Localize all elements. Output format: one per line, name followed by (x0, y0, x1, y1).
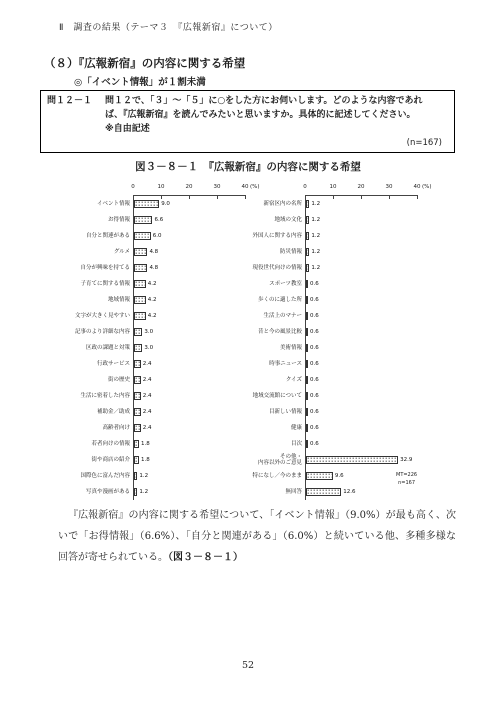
bar-track: 0.6 (305, 388, 423, 404)
bar-value: 6.6 (154, 217, 163, 223)
axis-tick-label: 0 (131, 184, 135, 190)
bar-value: 1.2 (311, 265, 320, 271)
question-line-1: 問１２で、「３」～「５」に○をした方にお伺いします。どのような内容であれ (105, 95, 446, 109)
bar-value: 0.6 (310, 409, 319, 415)
bar-label: 子育てに関する情報 (38, 281, 133, 287)
bar-label: 高齢者向け (38, 425, 133, 431)
chart-rows-right: 新宿区内の名所1.2地域の文化1.2外国人に関する内容1.2防災情報1.2現役世… (210, 196, 423, 500)
bar-label: 補助金／助成 (38, 409, 133, 415)
bar-value: 0.6 (310, 361, 319, 367)
bar (306, 344, 308, 352)
bar-track: 0.6 (305, 340, 423, 356)
bar-label: イベント情報 (38, 201, 133, 207)
bar-value: 9.0 (161, 201, 170, 207)
chart-row: 健康0.6 (210, 420, 423, 436)
bar (306, 456, 398, 464)
bar (134, 456, 139, 464)
bar (306, 376, 308, 384)
bar-value: 4.2 (148, 313, 157, 319)
bar-track: 1.2 (305, 244, 423, 260)
bar-value: 0.6 (310, 441, 319, 447)
bar (306, 328, 308, 336)
bar-track: 1.2 (305, 196, 423, 212)
bar (306, 280, 308, 288)
bar-value: 0.6 (310, 281, 319, 287)
bar-value: 0.6 (310, 329, 319, 335)
bar-value: 6.0 (153, 233, 162, 239)
bar-label: 現役世代向けの情報 (210, 265, 305, 271)
bar (134, 488, 137, 496)
summary-paragraph: 『広報新宿』の内容に関する希望について、「イベント情報」（9.0%）が最も高く、… (58, 505, 456, 568)
bar-value: 2.4 (143, 409, 152, 415)
bar (134, 328, 142, 336)
chart-note-n: n=167 (396, 480, 417, 488)
bar-label: 行政サービス (38, 361, 133, 367)
bar (306, 216, 309, 224)
bar-chart: 010203040(%) イベント情報9.0お得情報6.6自分と関連がある6.0… (0, 183, 496, 508)
chart-row: 外国人に関する内容1.2 (210, 228, 423, 244)
bar-label: 文字が大きく見やすい (38, 313, 133, 319)
bar (134, 392, 141, 400)
bar-label: 美術情報 (210, 345, 305, 351)
chart-row: クイズ0.6 (210, 372, 423, 388)
chart-row: 歩くのに適した所0.6 (210, 292, 423, 308)
bar-track: 1.2 (305, 260, 423, 276)
bar-track: 0.6 (305, 308, 423, 324)
bar (306, 312, 308, 320)
chart-right-column: 010203040(%) 新宿区内の名所1.2地域の文化1.2外国人に関する内容… (210, 183, 423, 500)
bar-value: 1.2 (311, 201, 320, 207)
bar (134, 424, 141, 432)
bar (306, 360, 308, 368)
bar-label: スポーツ教室 (210, 281, 305, 287)
bar-label: 特になし／今のまま (210, 473, 305, 479)
bar-track: 0.6 (305, 372, 423, 388)
bar-label: 記事のより詳細な内容 (38, 329, 133, 335)
bar-label: 無回答 (210, 489, 305, 495)
bar-value: 0.6 (310, 345, 319, 351)
bar-label: 外国人に関する内容 (210, 233, 305, 239)
bar (134, 216, 152, 224)
bar-value: 2.4 (143, 377, 152, 383)
question-box: 問１２－１ 問１２で、「３」～「５」に○をした方にお伺いします。どのような内容で… (40, 90, 455, 153)
bar-value: 32.9 (400, 457, 412, 463)
bar-label: グルメ (38, 249, 133, 255)
chart-row: 無回答12.6 (210, 484, 423, 500)
chart-row: 時事ニュース0.6 (210, 356, 423, 372)
bar (134, 440, 139, 448)
bar-value: 4.2 (148, 281, 157, 287)
chart-row: 防災情報1.2 (210, 244, 423, 260)
bar-label: 街や商店の紹介 (38, 457, 133, 463)
bar (306, 424, 308, 432)
bar-label: 区政の課題と対策 (38, 345, 133, 351)
bar-label: 歩くのに適した所 (210, 297, 305, 303)
bar (134, 360, 141, 368)
bar-track: 0.6 (305, 436, 423, 452)
bar (306, 472, 333, 480)
bar (134, 312, 146, 320)
bar-track: 0.6 (305, 420, 423, 436)
chart-row: スポーツ教室0.6 (210, 276, 423, 292)
bar-label: 目新しい情報 (210, 409, 305, 415)
bar (134, 296, 146, 304)
bar (306, 232, 309, 240)
bar-track: 0.6 (305, 276, 423, 292)
bar (134, 232, 151, 240)
bar-value: 0.6 (310, 313, 319, 319)
bar-value: 2.4 (143, 425, 152, 431)
chart-row: 生活上のマナー0.6 (210, 308, 423, 324)
bar (306, 296, 308, 304)
x-axis-right: 010203040(%) (305, 183, 418, 196)
page-number: 52 (0, 660, 496, 671)
summary-text: 『広報新宿』の内容に関する希望について、「イベント情報」（9.0%）が最も高く、… (58, 510, 456, 563)
bar-value: 1.8 (141, 457, 150, 463)
bar-track: 1.2 (305, 212, 423, 228)
question-box-row: 問１２－１ 問１２で、「３」～「５」に○をした方にお伺いします。どのような内容で… (47, 95, 446, 137)
bar-label: 自分が興味を持てる (38, 265, 133, 271)
bar-label: その他・ 内容以外のご意見 (210, 454, 305, 467)
question-free-note: ※自由記述 (105, 123, 446, 137)
bar (134, 248, 147, 256)
chart-row: その他・ 内容以外のご意見32.9 (210, 452, 423, 468)
bar-label: 国際色に富んだ内容 (38, 473, 133, 479)
sample-size-label: (n=167) (47, 137, 446, 150)
chart-row: 地域交流館について0.6 (210, 388, 423, 404)
figure-title: 図３－８－１ 『広報新宿』の内容に関する希望 (0, 159, 496, 174)
bar-value: 4.8 (149, 249, 158, 255)
question-text: 問１２で、「３」～「５」に○をした方にお伺いします。どのような内容であれ ば、『… (105, 95, 446, 137)
chart-row: 地域の文化1.2 (210, 212, 423, 228)
axis-tick-label: 40 (414, 184, 421, 190)
bar-label: 時事ニュース (210, 361, 305, 367)
axis-tick-label: 10 (158, 184, 165, 190)
bar (306, 488, 341, 496)
chart-row: 美術情報0.6 (210, 340, 423, 356)
chart-row: 目次0.6 (210, 436, 423, 452)
bar (134, 264, 147, 272)
axis-tick-label: 20 (186, 184, 193, 190)
chart-row: 昔と今の風景比較0.6 (210, 324, 423, 340)
chart-row: 現役世代向けの情報1.2 (210, 260, 423, 276)
bar (134, 376, 141, 384)
bar-label: 目次 (210, 441, 305, 447)
bar (306, 408, 308, 416)
bar-track: 1.2 (305, 228, 423, 244)
section-title: （８）『広報新宿』の内容に関する希望 (44, 55, 245, 71)
bar-label: 防災情報 (210, 249, 305, 255)
bar (134, 344, 142, 352)
bar-label: 地域の文化 (210, 217, 305, 223)
document-page: Ⅱ 調査の結果（テーマ３ 『広報新宿』について） （８）『広報新宿』の内容に関す… (0, 0, 496, 702)
bar-value: 0.6 (310, 297, 319, 303)
bar-label: 新宿区内の名所 (210, 201, 305, 207)
bar-value: 1.2 (311, 249, 320, 255)
bar (306, 440, 308, 448)
bar (134, 472, 137, 480)
axis-unit-label: (%) (422, 184, 432, 190)
bar-track: 0.6 (305, 292, 423, 308)
bar-value: 12.6 (343, 489, 355, 495)
bar-label: 写真や漫画がある (38, 489, 133, 495)
bar-value: 0.6 (310, 393, 319, 399)
axis-tick-label: 0 (303, 184, 307, 190)
question-line-2: ば、『広報新宿』を読んでみたいと思いますか。具体的に記述してください。 (105, 109, 446, 123)
bar-value: 3.0 (144, 345, 153, 351)
figure-reference: （図３－８－１） (168, 552, 243, 563)
bar-value: 1.2 (139, 489, 148, 495)
bar-value: 2.4 (143, 361, 152, 367)
bar-track: 0.6 (305, 324, 423, 340)
axis-tick-label: 10 (330, 184, 337, 190)
bar-label: 健康 (210, 425, 305, 431)
bar-label: 生活上のマナー (210, 313, 305, 319)
bar-label: 昔と今の風景比較 (210, 329, 305, 335)
bar-label: 街の歴史 (38, 377, 133, 383)
bar (306, 248, 309, 256)
chart-row: 特になし／今のまま9.6 (210, 468, 423, 484)
bar-label: 自分と関連がある (38, 233, 133, 239)
document-header: Ⅱ 調査の結果（テーマ３ 『広報新宿』について） (59, 20, 278, 33)
bar (134, 280, 146, 288)
question-number: 問１２－１ (47, 95, 105, 137)
bar-track: 32.9 (305, 452, 423, 468)
bar (306, 200, 309, 208)
bar (306, 392, 308, 400)
axis-tick-label: 20 (358, 184, 365, 190)
bar (134, 200, 159, 208)
bar-label: 地域交流館について (210, 393, 305, 399)
chart-note: MT=226 n=167 (396, 472, 417, 487)
bar-value: 0.6 (310, 425, 319, 431)
bar-track: 0.6 (305, 356, 423, 372)
bar-label: 若者向けの情報 (38, 441, 133, 447)
bar (134, 408, 141, 416)
bar-value: 3.0 (144, 329, 153, 335)
bar-value: 2.4 (143, 393, 152, 399)
bar-value: 4.8 (149, 265, 158, 271)
bar-track: 0.6 (305, 404, 423, 420)
chart-row: 新宿区内の名所1.2 (210, 196, 423, 212)
bar-label: 地域情報 (38, 297, 133, 303)
chart-note-mt: MT=226 (396, 472, 417, 480)
section-subtitle: ◎「イベント情報」が１割未満 (74, 74, 206, 88)
bar (306, 264, 309, 272)
bar-value: 9.6 (335, 473, 344, 479)
bar-value: 1.2 (139, 473, 148, 479)
bar-value: 4.2 (148, 297, 157, 303)
bar-label: お得情報 (38, 217, 133, 223)
bar-label: 生活に密着した内容 (38, 393, 133, 399)
bar-value: 0.6 (310, 377, 319, 383)
axis-tick-label: 30 (386, 184, 393, 190)
bar-value: 1.8 (141, 441, 150, 447)
bar-value: 1.2 (311, 217, 320, 223)
bar-label: クイズ (210, 377, 305, 383)
chart-row: 目新しい情報0.6 (210, 404, 423, 420)
bar-value: 1.2 (311, 233, 320, 239)
